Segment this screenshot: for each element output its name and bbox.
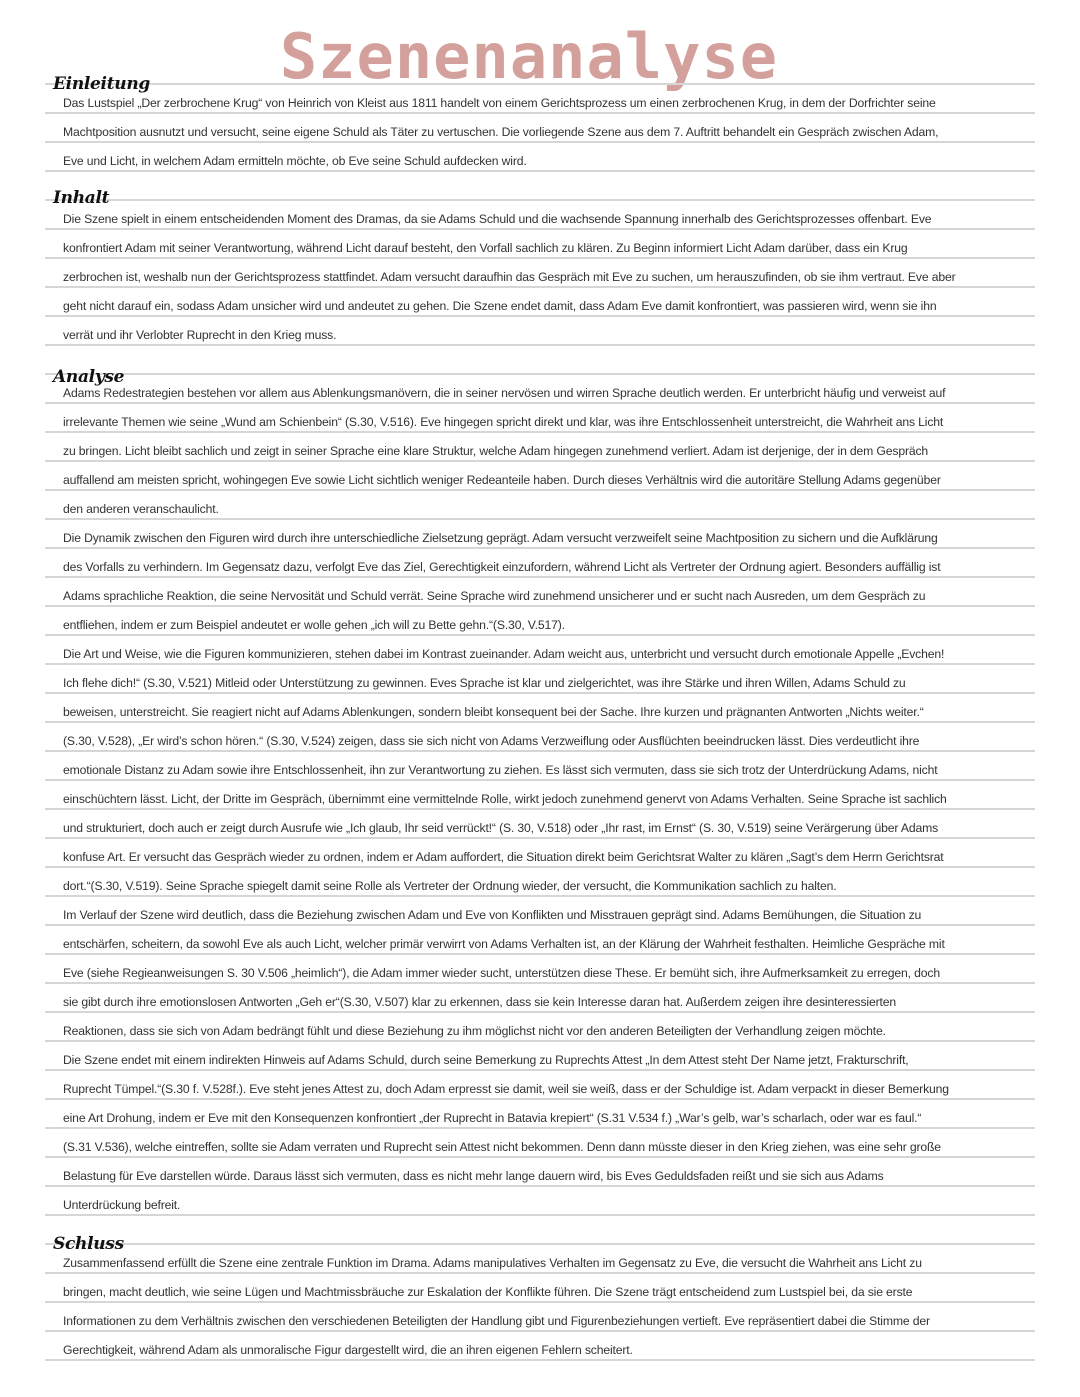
ruled-line [45, 346, 1035, 375]
paragraph-text: entschärfen, scheitern, da sowohl Eve al… [63, 936, 945, 952]
ruled-line [45, 1216, 1035, 1245]
paragraph-text: Adams Redestrategien bestehen vor allem … [63, 385, 945, 401]
paragraph-text: und strukturiert, doch auch er zeigt dur… [63, 820, 938, 836]
paragraph-text: geht nicht darauf ein, sodass Adam unsic… [63, 298, 937, 314]
text-line: Adams sprachliche Reaktion, die seine Ne… [45, 578, 1035, 607]
paragraph-text: Belastung für Eve darstellen würde. Dara… [63, 1168, 884, 1184]
text-line: Die Szene endet mit einem indirekten Hin… [45, 1042, 1035, 1071]
paragraph-text: Ich flehe dich!“ (S.30, V.521) Mitleid o… [63, 675, 906, 691]
text-line: dort.“(S.30, V.519). Seine Sprache spieg… [45, 868, 1035, 897]
paragraph-text: Die Art und Weise, wie die Figuren kommu… [63, 646, 944, 662]
text-line: auffallend am meisten spricht, wohingege… [45, 462, 1035, 491]
text-line: (S.30, V.528), „Er wird’s schon hören.“ … [45, 723, 1035, 752]
text-line: zu bringen. Licht bleibt sachlich und ze… [45, 433, 1035, 462]
section-inhalt: Inhalt Die Szene spielt in einem entsche… [45, 172, 1035, 346]
text-line: und strukturiert, doch auch er zeigt dur… [45, 810, 1035, 839]
text-line: Die Szene spielt in einem entscheidenden… [45, 201, 1035, 230]
text-line: Gerechtigkeit, während Adam als unmorali… [45, 1332, 1035, 1361]
paragraph-text: irrelevante Themen wie seine „Wund am Sc… [63, 414, 943, 430]
paragraph-text: entfliehen, indem er zum Beispiel andeut… [63, 617, 565, 633]
text-line: zerbrochen ist, weshalb nun der Gerichts… [45, 259, 1035, 288]
text-line: Belastung für Eve darstellen würde. Dara… [45, 1158, 1035, 1187]
text-line: Eve (siehe Regieanweisungen S. 30 V.506 … [45, 955, 1035, 984]
paragraph-text: dort.“(S.30, V.519). Seine Sprache spieg… [63, 878, 837, 894]
ruled-line [45, 172, 1035, 201]
text-line: Informationen zu dem Verhältnis zwischen… [45, 1303, 1035, 1332]
paragraph-text: Unterdrückung befreit. [63, 1197, 180, 1213]
paragraph-text: konfrontiert Adam mit seiner Verantwortu… [63, 240, 908, 256]
text-line: Adams Redestrategien bestehen vor allem … [45, 375, 1035, 404]
paragraph-text: eine Art Drohung, indem er Eve mit den K… [63, 1110, 921, 1126]
paragraph-text: auffallend am meisten spricht, wohingege… [63, 472, 941, 488]
text-line: sie gibt durch ihre emotionslosen Antwor… [45, 984, 1035, 1013]
text-line: eine Art Drohung, indem er Eve mit den K… [45, 1100, 1035, 1129]
document-page: Szenenanalyse Einleitung Das Lustspiel „… [0, 0, 1080, 1397]
text-line: des Vorfalls zu verhindern. Im Gegensatz… [45, 549, 1035, 578]
paragraph-text: den anderen veranschaulicht. [63, 501, 219, 517]
paragraph-text: bringen, macht deutlich, wie seine Lügen… [63, 1284, 912, 1300]
paragraph-text: (S.31 V.536), welche eintreffen, sollte … [63, 1139, 941, 1155]
paragraph-text: konfuse Art. Er versucht das Gespräch wi… [63, 849, 944, 865]
paragraph-text: Die Dynamik zwischen den Figuren wird du… [63, 530, 938, 546]
paragraph-text: zu bringen. Licht bleibt sachlich und ze… [63, 443, 928, 459]
paragraph-text: Machtposition ausnutzt und versucht, sei… [63, 124, 938, 140]
ruled-line [45, 56, 1035, 85]
paragraph-text: emotionale Distanz zu Adam sowie ihre En… [63, 762, 937, 778]
paragraph-text: Eve und Licht, in welchem Adam ermitteln… [63, 153, 527, 169]
text-line: Unterdrückung befreit. [45, 1187, 1035, 1216]
paragraph-text: Ruprecht Tümpel.“(S.30 f. V.528f.). Eve … [63, 1081, 949, 1097]
text-line: irrelevante Themen wie seine „Wund am Sc… [45, 404, 1035, 433]
text-line: Reaktionen, dass sie sich von Adam bedrä… [45, 1013, 1035, 1042]
paragraph-text: des Vorfalls zu verhindern. Im Gegensatz… [63, 559, 940, 575]
text-line: Die Art und Weise, wie die Figuren kommu… [45, 636, 1035, 665]
text-line: (S.31 V.536), welche eintreffen, sollte … [45, 1129, 1035, 1158]
paragraph-text: Informationen zu dem Verhältnis zwischen… [63, 1313, 930, 1329]
text-line: Ruprecht Tümpel.“(S.30 f. V.528f.). Eve … [45, 1071, 1035, 1100]
paragraph-text: zerbrochen ist, weshalb nun der Gerichts… [63, 269, 956, 285]
text-line: Im Verlauf der Szene wird deutlich, dass… [45, 897, 1035, 926]
text-line: entschärfen, scheitern, da sowohl Eve al… [45, 926, 1035, 955]
paragraph-text: Die Szene spielt in einem entscheidenden… [63, 211, 931, 227]
paragraph-text: Adams sprachliche Reaktion, die seine Ne… [63, 588, 925, 604]
section-analyse: Analyse Adams Redestrategien bestehen vo… [45, 346, 1035, 1216]
paragraph-text: sie gibt durch ihre emotionslosen Antwor… [63, 994, 896, 1010]
text-line: beweisen, unterstreicht. Sie reagiert ni… [45, 694, 1035, 723]
text-line: Das Lustspiel „Der zerbrochene Krug“ von… [45, 85, 1035, 114]
paragraph-text: Gerechtigkeit, während Adam als unmorali… [63, 1342, 633, 1358]
text-line: Die Dynamik zwischen den Figuren wird du… [45, 520, 1035, 549]
text-line: Zusammenfassend erfüllt die Szene eine z… [45, 1245, 1035, 1274]
text-line: entfliehen, indem er zum Beispiel andeut… [45, 607, 1035, 636]
text-line: Eve und Licht, in welchem Adam ermitteln… [45, 143, 1035, 172]
text-line: Ich flehe dich!“ (S.30, V.521) Mitleid o… [45, 665, 1035, 694]
paragraph-text: Eve (siehe Regieanweisungen S. 30 V.506 … [63, 965, 940, 981]
paragraph-text: Die Szene endet mit einem indirekten Hin… [63, 1052, 909, 1068]
paragraph-text: Im Verlauf der Szene wird deutlich, dass… [63, 907, 921, 923]
text-line: Machtposition ausnutzt und versucht, sei… [45, 114, 1035, 143]
paragraph-text: Zusammenfassend erfüllt die Szene eine z… [63, 1255, 922, 1271]
paragraph-text: beweisen, unterstreicht. Sie reagiert ni… [63, 704, 924, 720]
text-line: emotionale Distanz zu Adam sowie ihre En… [45, 752, 1035, 781]
text-line: verrät und ihr Verlobter Ruprecht in den… [45, 317, 1035, 346]
section-schluss: Schluss Zusammenfassend erfüllt die Szen… [45, 1216, 1035, 1361]
text-line: geht nicht darauf ein, sodass Adam unsic… [45, 288, 1035, 317]
paragraph-text: (S.30, V.528), „Er wird’s schon hören.“ … [63, 733, 919, 749]
paragraph-text: verrät und ihr Verlobter Ruprecht in den… [63, 327, 336, 343]
paragraph-text: Reaktionen, dass sie sich von Adam bedrä… [63, 1023, 886, 1039]
text-line: konfrontiert Adam mit seiner Verantwortu… [45, 230, 1035, 259]
paragraph-text: einschüchtern lässt. Licht, der Dritte i… [63, 791, 947, 807]
text-line: konfuse Art. Er versucht das Gespräch wi… [45, 839, 1035, 868]
section-einleitung: Einleitung Das Lustspiel „Der zerbrochen… [45, 56, 1035, 172]
paragraph-text: Das Lustspiel „Der zerbrochene Krug“ von… [63, 95, 936, 111]
text-line: einschüchtern lässt. Licht, der Dritte i… [45, 781, 1035, 810]
text-line: bringen, macht deutlich, wie seine Lügen… [45, 1274, 1035, 1303]
text-line: den anderen veranschaulicht. [45, 491, 1035, 520]
